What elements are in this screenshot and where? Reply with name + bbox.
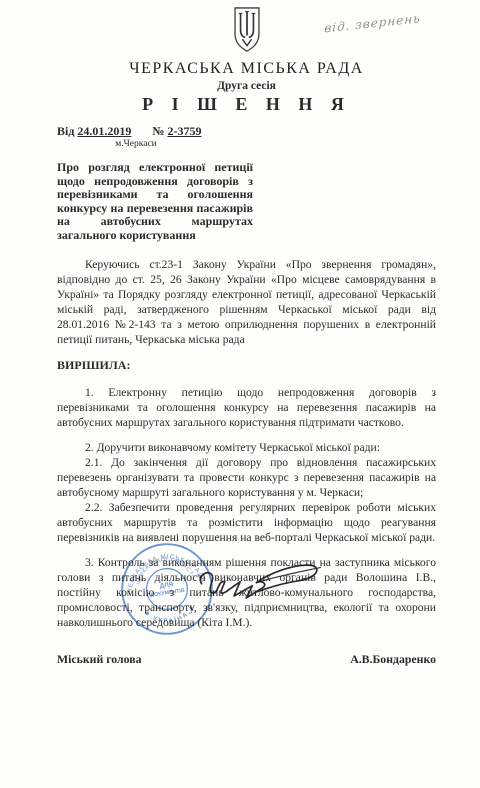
ukraine-trident-emblem-icon (228, 7, 266, 53)
session-subtitle: Друга сесія (57, 80, 436, 92)
signature-row: Міський голова А.В.Бондаренко (57, 652, 436, 667)
date-number-line: Від 24.01.2019 № 2-3759 (57, 124, 436, 139)
organization-title: ЧЕРКАСЬКА МІСЬКА РАДА (57, 60, 436, 78)
document-type-title: Р І Ш Е Н Н Я (57, 94, 436, 115)
resolution-item-2-1: 2.1. До закінчення дії договору про відн… (57, 455, 436, 500)
document-date: 24.01.2019 (77, 124, 131, 138)
document-number: 2-3759 (167, 124, 201, 138)
preamble-paragraph: Керуючись ст.23-1 Закону України «Про зв… (57, 257, 436, 347)
resolution-item-1: 1. Електронну петицію щодо непродовження… (57, 385, 436, 430)
document-body: Керуючись ст.23-1 Закону України «Про зв… (57, 257, 436, 631)
document-subject: Про розгляд електронної петиції щодо неп… (57, 161, 253, 243)
number-label: № (152, 124, 164, 138)
signer-title: Міський голова (57, 652, 142, 667)
resolved-label: ВИРІШИЛА: (57, 358, 436, 373)
date-label: Від (57, 124, 74, 138)
resolution-item-2: 2. Доручити виконавчому комітету Черкась… (57, 440, 436, 455)
document-city: м.Черкаси (101, 139, 171, 149)
resolution-item-2-2: 2.2. Забезпечити проведення регулярних п… (57, 500, 436, 545)
resolution-item-3: 3. Контроль за виконанням рішення поклас… (57, 555, 436, 630)
signer-name: А.В.Бондаренко (350, 652, 436, 667)
document-content: ЧЕРКАСЬКА МІСЬКА РАДА Друга сесія Р І Ш … (0, 0, 480, 667)
scanned-document-page: від. звернень ЧЕРКАСЬКА МІСЬКА РАДА Друг… (0, 0, 480, 788)
coat-of-arms-wrap (57, 7, 436, 58)
